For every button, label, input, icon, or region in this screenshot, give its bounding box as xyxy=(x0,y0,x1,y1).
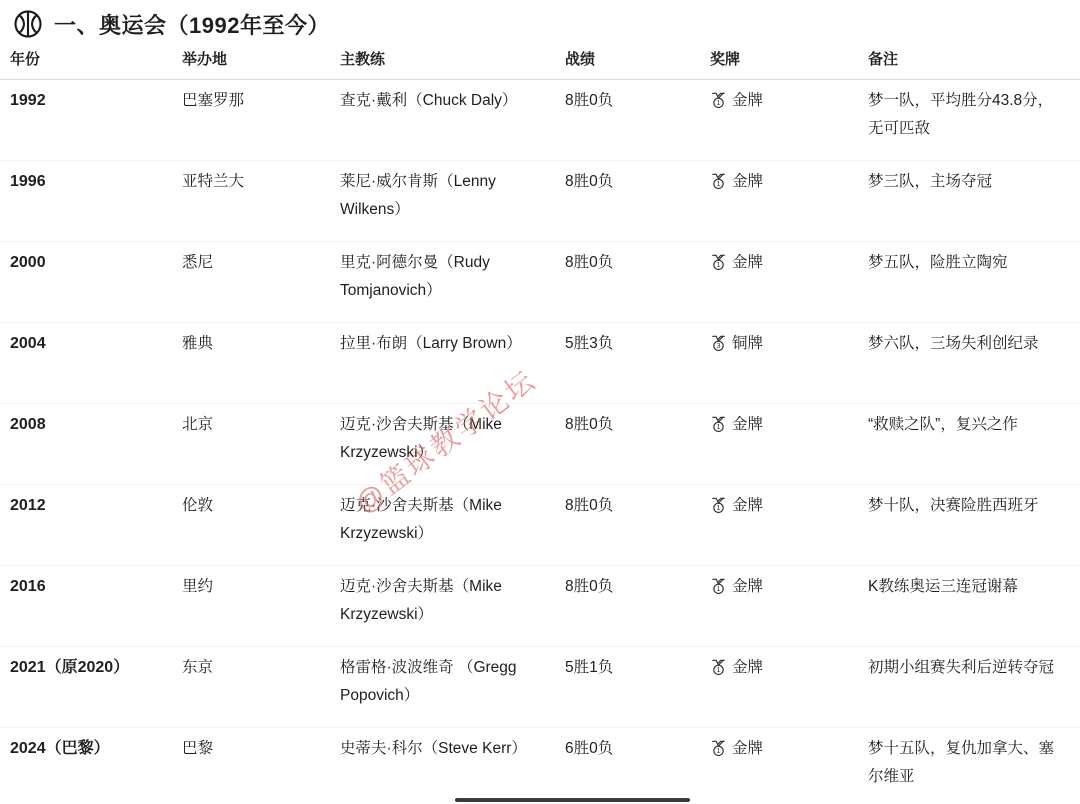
medal-icon: 3 xyxy=(710,335,727,352)
medal-icon: 1 xyxy=(710,92,727,109)
medal-label: 铜牌 xyxy=(732,330,763,358)
cell-medal: 1 金牌 xyxy=(710,168,868,241)
svg-text:1: 1 xyxy=(717,181,721,188)
medal-icon: 1 xyxy=(710,497,727,514)
medal-icon: 1 xyxy=(710,578,727,595)
cell-coach: 迈克·沙舍夫斯基（Mike Krzyzewski） xyxy=(340,492,565,565)
table-body: 1992 巴塞罗那 查克·戴利（Chuck Daly） 8胜0负 1 金牌 梦一… xyxy=(0,80,1080,804)
cell-coach: 迈克·沙舍夫斯基（Mike Krzyzewski） xyxy=(340,411,565,484)
cell-record: 8胜0负 xyxy=(565,492,710,565)
cell-medal: 1 金牌 xyxy=(710,735,868,804)
cell-host: 亚特兰大 xyxy=(182,168,340,241)
medal-label: 金牌 xyxy=(732,87,763,115)
medal-icon: 1 xyxy=(710,659,727,676)
cell-coach: 里克·阿德尔曼（Rudy Tomjanovich） xyxy=(340,249,565,322)
table-header-row: 年份 举办地 主教练 战绩 奖牌 备注 xyxy=(0,48,1080,80)
table-row: 2012 伦敦 迈克·沙舍夫斯基（Mike Krzyzewski） 8胜0负 1… xyxy=(0,485,1080,566)
svg-text:1: 1 xyxy=(717,505,721,512)
cell-host: 悉尼 xyxy=(182,249,340,322)
header-note: 备注 xyxy=(868,48,1070,69)
table-row: 2021（原2020） 东京 格雷格·波波维奇 （Gregg Popovich）… xyxy=(0,647,1080,728)
cell-record: 6胜0负 xyxy=(565,735,710,804)
cell-record: 8胜0负 xyxy=(565,573,710,646)
table-row: 2004 雅典 拉里·布朗（Larry Brown） 5胜3负 3 铜牌 梦六队… xyxy=(0,323,1080,404)
medal-icon: 1 xyxy=(710,173,727,190)
svg-text:1: 1 xyxy=(717,100,721,107)
medal-label: 金牌 xyxy=(732,654,763,682)
cell-note: 梦一队，平均胜分43.8分，无可匹敌 xyxy=(868,87,1070,160)
cell-medal: 1 金牌 xyxy=(710,87,868,160)
cell-host: 巴塞罗那 xyxy=(182,87,340,160)
cell-note: 梦六队，三场失利创纪录 xyxy=(868,330,1070,403)
cell-note: 梦五队，险胜立陶宛 xyxy=(868,249,1070,322)
cell-year: 1992 xyxy=(10,87,182,160)
cell-medal: 3 铜牌 xyxy=(710,330,868,403)
bottom-progress-bar xyxy=(455,798,690,802)
header-medal: 奖牌 xyxy=(710,48,868,69)
cell-medal: 1 金牌 xyxy=(710,654,868,727)
cell-record: 8胜0负 xyxy=(565,87,710,160)
svg-text:1: 1 xyxy=(717,424,721,431)
table-row: 2000 悉尼 里克·阿德尔曼（Rudy Tomjanovich） 8胜0负 1… xyxy=(0,242,1080,323)
cell-note: 初期小组赛失利后逆转夺冠 xyxy=(868,654,1070,727)
header-record: 战绩 xyxy=(565,48,710,69)
table-row: 1996 亚特兰大 莱尼·威尔肯斯（Lenny Wilkens） 8胜0负 1 … xyxy=(0,161,1080,242)
cell-note: 梦十队，决赛险胜西班牙 xyxy=(868,492,1070,565)
table-row: 1992 巴塞罗那 查克·戴利（Chuck Daly） 8胜0负 1 金牌 梦一… xyxy=(0,80,1080,161)
cell-note: 梦十五队，复仇加拿大、塞尔维亚 xyxy=(868,735,1070,804)
header-year: 年份 xyxy=(10,48,182,69)
medal-label: 金牌 xyxy=(732,168,763,196)
cell-host: 伦敦 xyxy=(182,492,340,565)
cell-year: 2012 xyxy=(10,492,182,565)
cell-host: 北京 xyxy=(182,411,340,484)
cell-medal: 1 金牌 xyxy=(710,249,868,322)
medal-icon: 1 xyxy=(710,416,727,433)
cell-host: 东京 xyxy=(182,654,340,727)
cell-record: 8胜0负 xyxy=(565,168,710,241)
medal-icon: 1 xyxy=(710,254,727,271)
medal-icon: 1 xyxy=(710,740,727,757)
cell-year: 2004 xyxy=(10,330,182,403)
cell-note: K教练奥运三连冠谢幕 xyxy=(868,573,1070,646)
cell-medal: 1 金牌 xyxy=(710,573,868,646)
header-host: 举办地 xyxy=(182,48,340,69)
medal-label: 金牌 xyxy=(732,411,763,439)
cell-coach: 莱尼·威尔肯斯（Lenny Wilkens） xyxy=(340,168,565,241)
svg-text:1: 1 xyxy=(717,586,721,593)
cell-coach: 史蒂夫·科尔（Steve Kerr） xyxy=(340,735,565,804)
cell-note: 梦三队，主场夺冠 xyxy=(868,168,1070,241)
cell-coach: 查克·戴利（Chuck Daly） xyxy=(340,87,565,160)
svg-text:3: 3 xyxy=(717,343,721,350)
cell-host: 雅典 xyxy=(182,330,340,403)
cell-year: 2008 xyxy=(10,411,182,484)
cell-medal: 1 金牌 xyxy=(710,411,868,484)
cell-coach: 拉里·布朗（Larry Brown） xyxy=(340,330,565,403)
cell-year: 2000 xyxy=(10,249,182,322)
medal-label: 金牌 xyxy=(732,249,763,277)
cell-host: 巴黎 xyxy=(182,735,340,804)
header-coach: 主教练 xyxy=(340,48,565,69)
cell-year: 2021（原2020） xyxy=(10,654,182,727)
cell-note: “救赎之队”，复兴之作 xyxy=(868,411,1070,484)
title-bar: 一、奥运会（1992年至今） xyxy=(0,0,1080,48)
table-row: 2016 里约 迈克·沙舍夫斯基（Mike Krzyzewski） 8胜0负 1… xyxy=(0,566,1080,647)
table-row: 2024（巴黎） 巴黎 史蒂夫·科尔（Steve Kerr） 6胜0负 1 金牌… xyxy=(0,728,1080,804)
medal-label: 金牌 xyxy=(732,573,763,601)
basketball-icon xyxy=(13,9,43,39)
medal-label: 金牌 xyxy=(732,735,763,763)
medal-label: 金牌 xyxy=(732,492,763,520)
cell-record: 8胜0负 xyxy=(565,411,710,484)
cell-year: 2024（巴黎） xyxy=(10,735,182,804)
cell-medal: 1 金牌 xyxy=(710,492,868,565)
page-title: 一、奥运会（1992年至今） xyxy=(54,9,330,40)
cell-coach: 迈克·沙舍夫斯基（Mike Krzyzewski） xyxy=(340,573,565,646)
cell-record: 5胜1负 xyxy=(565,654,710,727)
svg-text:1: 1 xyxy=(717,667,721,674)
cell-coach: 格雷格·波波维奇 （Gregg Popovich） xyxy=(340,654,565,727)
table-row: 2008 北京 迈克·沙舍夫斯基（Mike Krzyzewski） 8胜0负 1… xyxy=(0,404,1080,485)
cell-year: 1996 xyxy=(10,168,182,241)
cell-host: 里约 xyxy=(182,573,340,646)
cell-record: 8胜0负 xyxy=(565,249,710,322)
svg-text:1: 1 xyxy=(717,748,721,755)
cell-record: 5胜3负 xyxy=(565,330,710,403)
cell-year: 2016 xyxy=(10,573,182,646)
svg-text:1: 1 xyxy=(717,262,721,269)
